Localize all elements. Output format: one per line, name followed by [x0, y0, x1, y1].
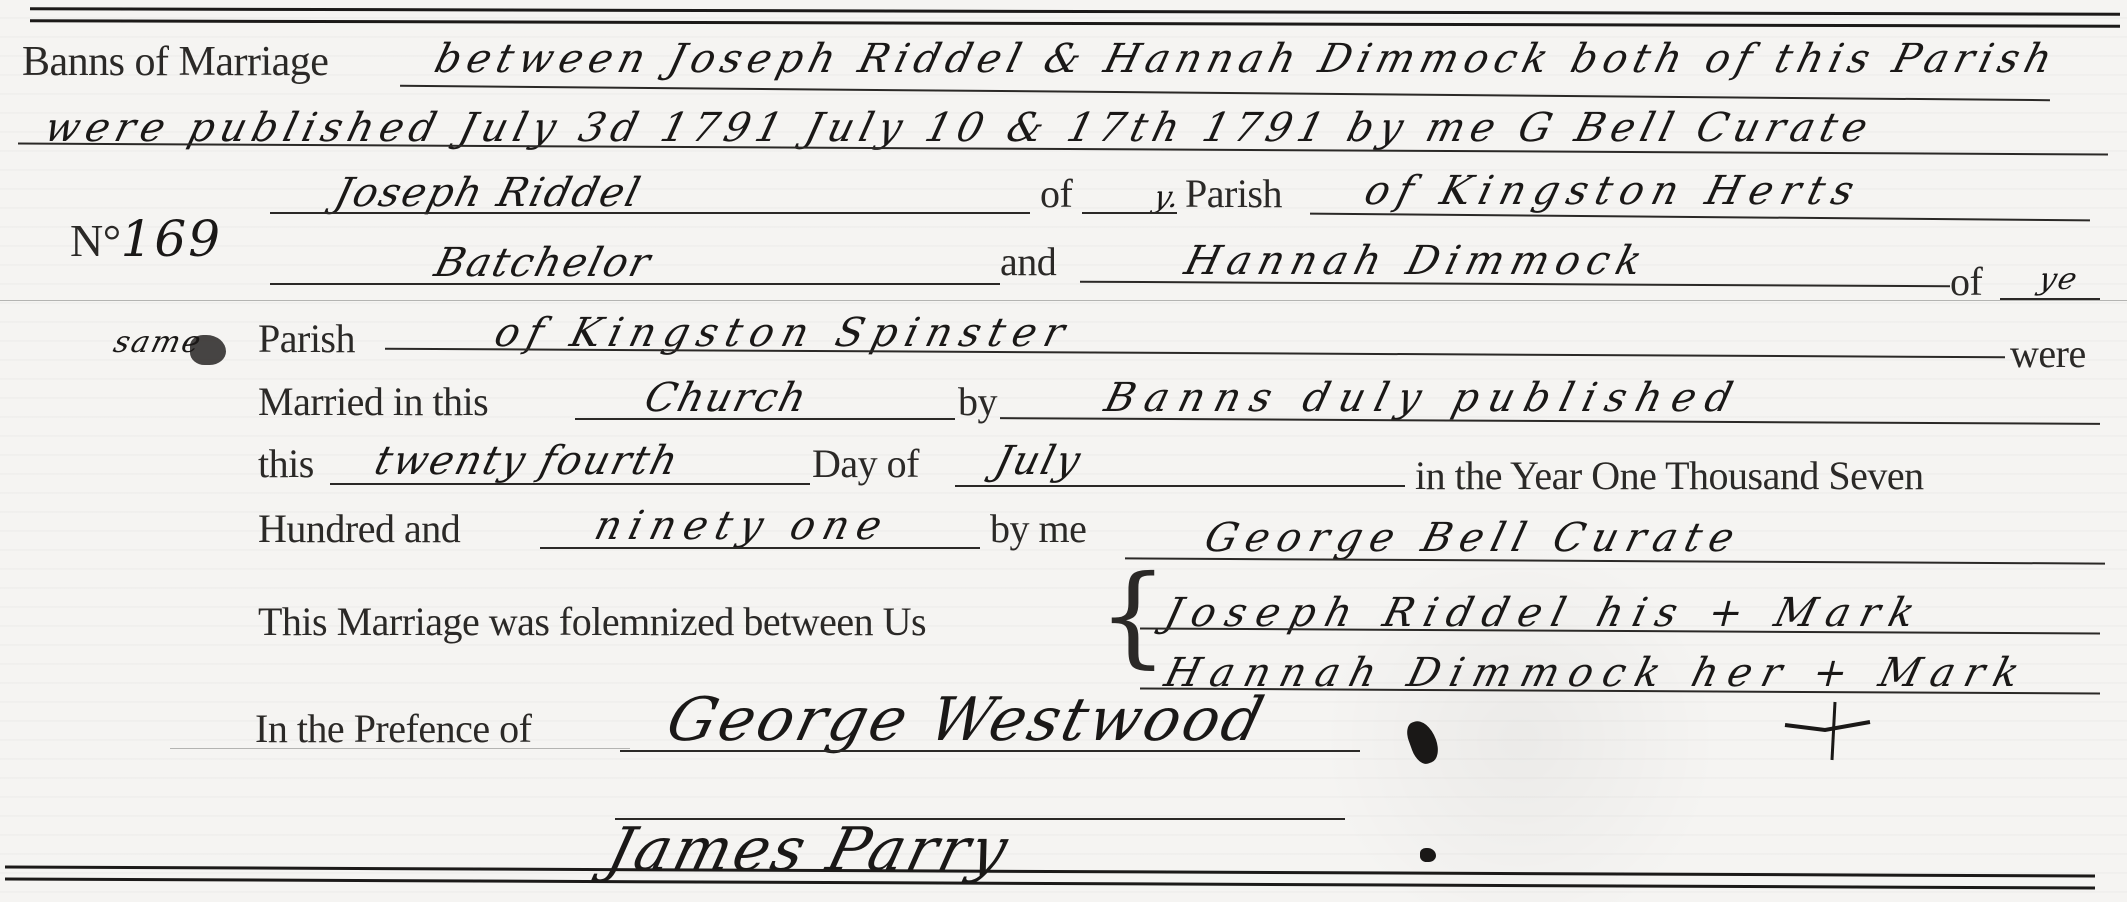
witness-1-underline	[620, 750, 1360, 752]
were-label: were	[2010, 330, 2086, 377]
mark-cross	[1780, 700, 1880, 770]
hundred-and-label: Hundred and	[258, 505, 460, 552]
day-underline	[330, 483, 810, 485]
section-divider	[0, 300, 2127, 301]
presence-label-rule	[170, 748, 630, 749]
groom-name-underline	[270, 212, 1030, 214]
ink-blot	[1420, 848, 1436, 862]
groom-of-label: of	[1040, 170, 1072, 217]
this-label: this	[258, 440, 314, 487]
groom-parish-label: Parish	[1185, 170, 1282, 217]
year-label: in the Year One Thousand Seven	[1415, 452, 1924, 499]
entry-number: N°169	[70, 210, 222, 268]
year-value-underline	[540, 547, 980, 549]
banns-text-line1: between Joseph Riddel & Hannah Dimmock b…	[430, 36, 2063, 82]
signature-brace: {	[1098, 560, 1168, 670]
bride-of-label: of	[1950, 258, 1982, 305]
month-value: July	[990, 438, 1087, 484]
witness-2-signature: James Parry	[600, 815, 1017, 885]
entry-number-prefix: N°	[70, 215, 121, 266]
officiant-signature: George Bell Curate	[1200, 515, 1747, 561]
and-label: and	[1000, 238, 1056, 285]
by-me-label: by me	[990, 505, 1086, 552]
bride-name: Hannah Dimmock	[1180, 238, 1654, 284]
day-of-label: Day of	[812, 440, 919, 487]
ink-blot	[1403, 717, 1442, 767]
bride-of-value: ye	[2035, 262, 2082, 297]
bottom-rule	[5, 877, 2095, 889]
by-label: by	[958, 378, 997, 425]
bride-parish-label: Parish	[258, 315, 355, 362]
married-in-label: Married in this	[258, 378, 488, 425]
banns-label: Banns of Marriage	[22, 38, 328, 86]
ink-blot	[190, 335, 226, 365]
month-underline	[955, 485, 1405, 487]
groom-name: Joseph Riddel	[330, 170, 646, 216]
top-rule	[30, 7, 2120, 15]
register-page: Banns of Marriage between Joseph Riddel …	[0, 0, 2127, 902]
solemnized-label: This Marriage was folemnized between Us	[258, 598, 926, 645]
groom-of-underline	[1082, 212, 1177, 214]
entry-number-value: 169	[121, 210, 222, 268]
groom-condition: Batchelor	[430, 240, 657, 286]
day-value: twenty fourth	[370, 438, 684, 484]
groom-of-value: y.	[1150, 180, 1185, 215]
top-rule	[30, 19, 2120, 27]
banns-underline-1	[400, 85, 2050, 101]
groom-parish-value: of Kingston Herts	[1360, 168, 1867, 214]
presence-label: In the Prefence of	[255, 705, 531, 752]
year-value: ninety one	[590, 503, 894, 549]
marriage-place-underline	[575, 418, 955, 420]
by-value: Banns duly published	[1100, 375, 1747, 421]
bottom-rule	[5, 865, 2095, 877]
witness-1-signature: George Westwood	[660, 685, 1273, 755]
groom-condition-underline	[270, 283, 1000, 285]
marriage-place: Church	[640, 375, 813, 421]
